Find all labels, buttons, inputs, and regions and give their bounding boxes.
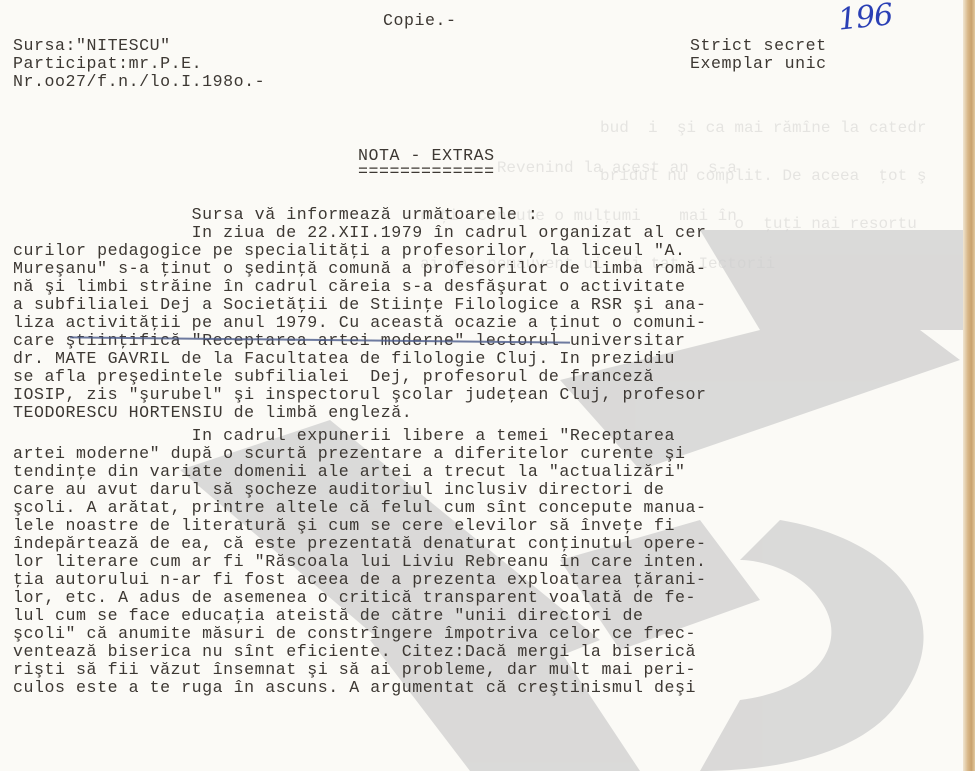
copy-status-label: Exemplar unic bbox=[690, 55, 827, 73]
body-line: TEODORESCU HORTENSIU de limbă engleză. bbox=[13, 404, 412, 422]
body-line: curilor pedagogice pe specialităţi a pro… bbox=[13, 242, 686, 260]
paper-edge bbox=[963, 0, 975, 771]
body-line: artei moderne" după o scurtă prezentare … bbox=[13, 445, 686, 463]
body-line: IOSIP, zis "şurubel" şi inspectorul şcol… bbox=[13, 386, 707, 404]
body-line: In cadrul expunerii libere a temei "Rece… bbox=[13, 427, 675, 445]
classification-label: Strict secret bbox=[690, 37, 827, 55]
body-line: lul cum se face educaţia ateistă de cătr… bbox=[13, 607, 643, 625]
body-line: nă şi limbi străine în cadrul căreia s-a… bbox=[13, 278, 686, 296]
body-line: lor, etc. A adus de asemenea o critică t… bbox=[13, 589, 696, 607]
participant-label: Participat:mr.P.E. bbox=[13, 55, 202, 73]
body-line: şcoli" că anumite măsuri de constrîngere… bbox=[13, 625, 696, 643]
title-underline: ============= bbox=[358, 163, 495, 181]
body-line: ventează biserica nu sînt eficiente. Cit… bbox=[13, 643, 696, 661]
body-line: rişti să fii văzut însemnat şi să ai pro… bbox=[13, 661, 696, 679]
body-line: dr. MATE GAVRIL de la Facultatea de filo… bbox=[13, 350, 675, 368]
body-line: îndepărtează de ea, că este prezentată d… bbox=[13, 535, 707, 553]
body-line: lele noastre de literatură şi cum se cer… bbox=[13, 517, 675, 535]
handwritten-page-number: 196 bbox=[836, 0, 894, 38]
body-line: Sursa vă informează următoarele : bbox=[13, 206, 538, 224]
body-line: care au avut darul să şocheze auditoriul… bbox=[13, 481, 665, 499]
document-page: bud i şi ca mai rămîne la catedr bridul … bbox=[0, 0, 975, 771]
body-line: se afla preşedintele subfilialei Dej, pr… bbox=[13, 368, 654, 386]
body-line: şcoli. A arătat, printre altele că felul… bbox=[13, 499, 707, 517]
body-line: In ziua de 22.XII.1979 în cadrul organiz… bbox=[13, 224, 707, 242]
body-line: liza activităţii pe anul 1979. Cu aceast… bbox=[13, 314, 707, 332]
body-line: a subfilialei Dej a Societăţii de Stiinţ… bbox=[13, 296, 707, 314]
body-line: lor literare cum ar fi "Răscoala lui Liv… bbox=[13, 553, 707, 571]
copy-mark: Copie.- bbox=[383, 12, 457, 30]
body-line: tendinţe din variate domenii ale artei a… bbox=[13, 463, 686, 481]
body-line: ţia autorului n-ar fi fost aceea de a pr… bbox=[13, 571, 707, 589]
body-line: culos este a te ruga în ascuns. A argume… bbox=[13, 679, 696, 697]
body-line: Mureşanu" s-a ţinut o şedinţă comună a p… bbox=[13, 260, 707, 278]
source-label: Sursa:"NITESCU" bbox=[13, 37, 171, 55]
document-number: Nr.oo27/f.n./lo.I.198o.- bbox=[13, 73, 265, 91]
